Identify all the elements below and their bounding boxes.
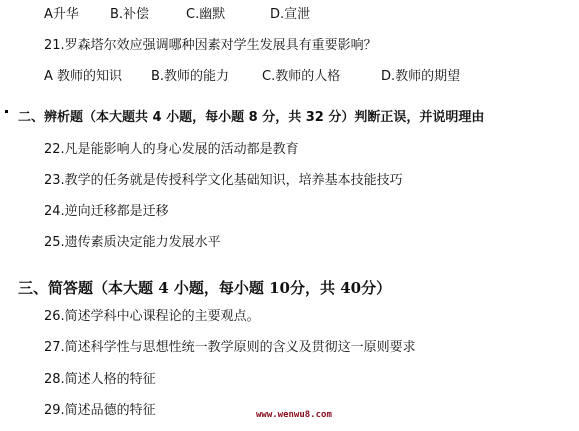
q21-option-d: D.教师的期望 xyxy=(381,69,460,85)
q21-option-b: B.教师的能力 xyxy=(151,69,262,85)
q20-option-c: C.幽默 xyxy=(186,7,270,23)
q21-options: A 教师的知识B.教师的能力C.教师的人格D.教师的期望 xyxy=(44,69,460,85)
q21-option-c: C.教师的人格 xyxy=(262,69,381,85)
section3-question-26: 26.简述学科中心课程论的主要观点。 xyxy=(44,309,260,325)
section2-title: 二、辨析题（本大题共 4 小题，每小题 8 分，共 32 分）判断正误，并说明理… xyxy=(18,110,484,126)
section3-title: 三、简答题（本大题 4 小题，每小题 10分，共 40分） xyxy=(18,280,391,296)
q20-options: A升华B.补偿C.幽默D.宣泄 xyxy=(44,7,310,23)
section2-question-24: 24.逆向迁移都是迁移 xyxy=(44,204,169,220)
q21-question: 21.罗森塔尔效应强调哪种因素对学生发展具有重要影响？ xyxy=(44,38,377,54)
q20-option-d: D.宣泄 xyxy=(270,7,310,23)
section3-question-28: 28.简述人格的特征 xyxy=(44,372,156,388)
q20-option-b: B.补偿 xyxy=(110,7,186,23)
section3-question-27: 27.简述科学性与思想性统一教学原则的含义及贯彻这一原则要求 xyxy=(44,340,416,356)
section2-question-25: 25.遗传素质决定能力发展水平 xyxy=(44,235,221,251)
section2-question-22: 22.凡是能影响人的身心发展的活动都是教育 xyxy=(44,142,299,158)
bullet-marker xyxy=(5,110,8,113)
q20-option-a: A升华 xyxy=(44,7,110,23)
section2-question-23: 23.教学的任务就是传授科学文化基础知识，培养基本技能技巧 xyxy=(44,173,403,189)
section3-question-29: 29.简述品德的特征 xyxy=(44,403,156,419)
q21-option-a: A 教师的知识 xyxy=(44,69,151,85)
watermark-link: www.wenwu8.com xyxy=(256,410,332,420)
